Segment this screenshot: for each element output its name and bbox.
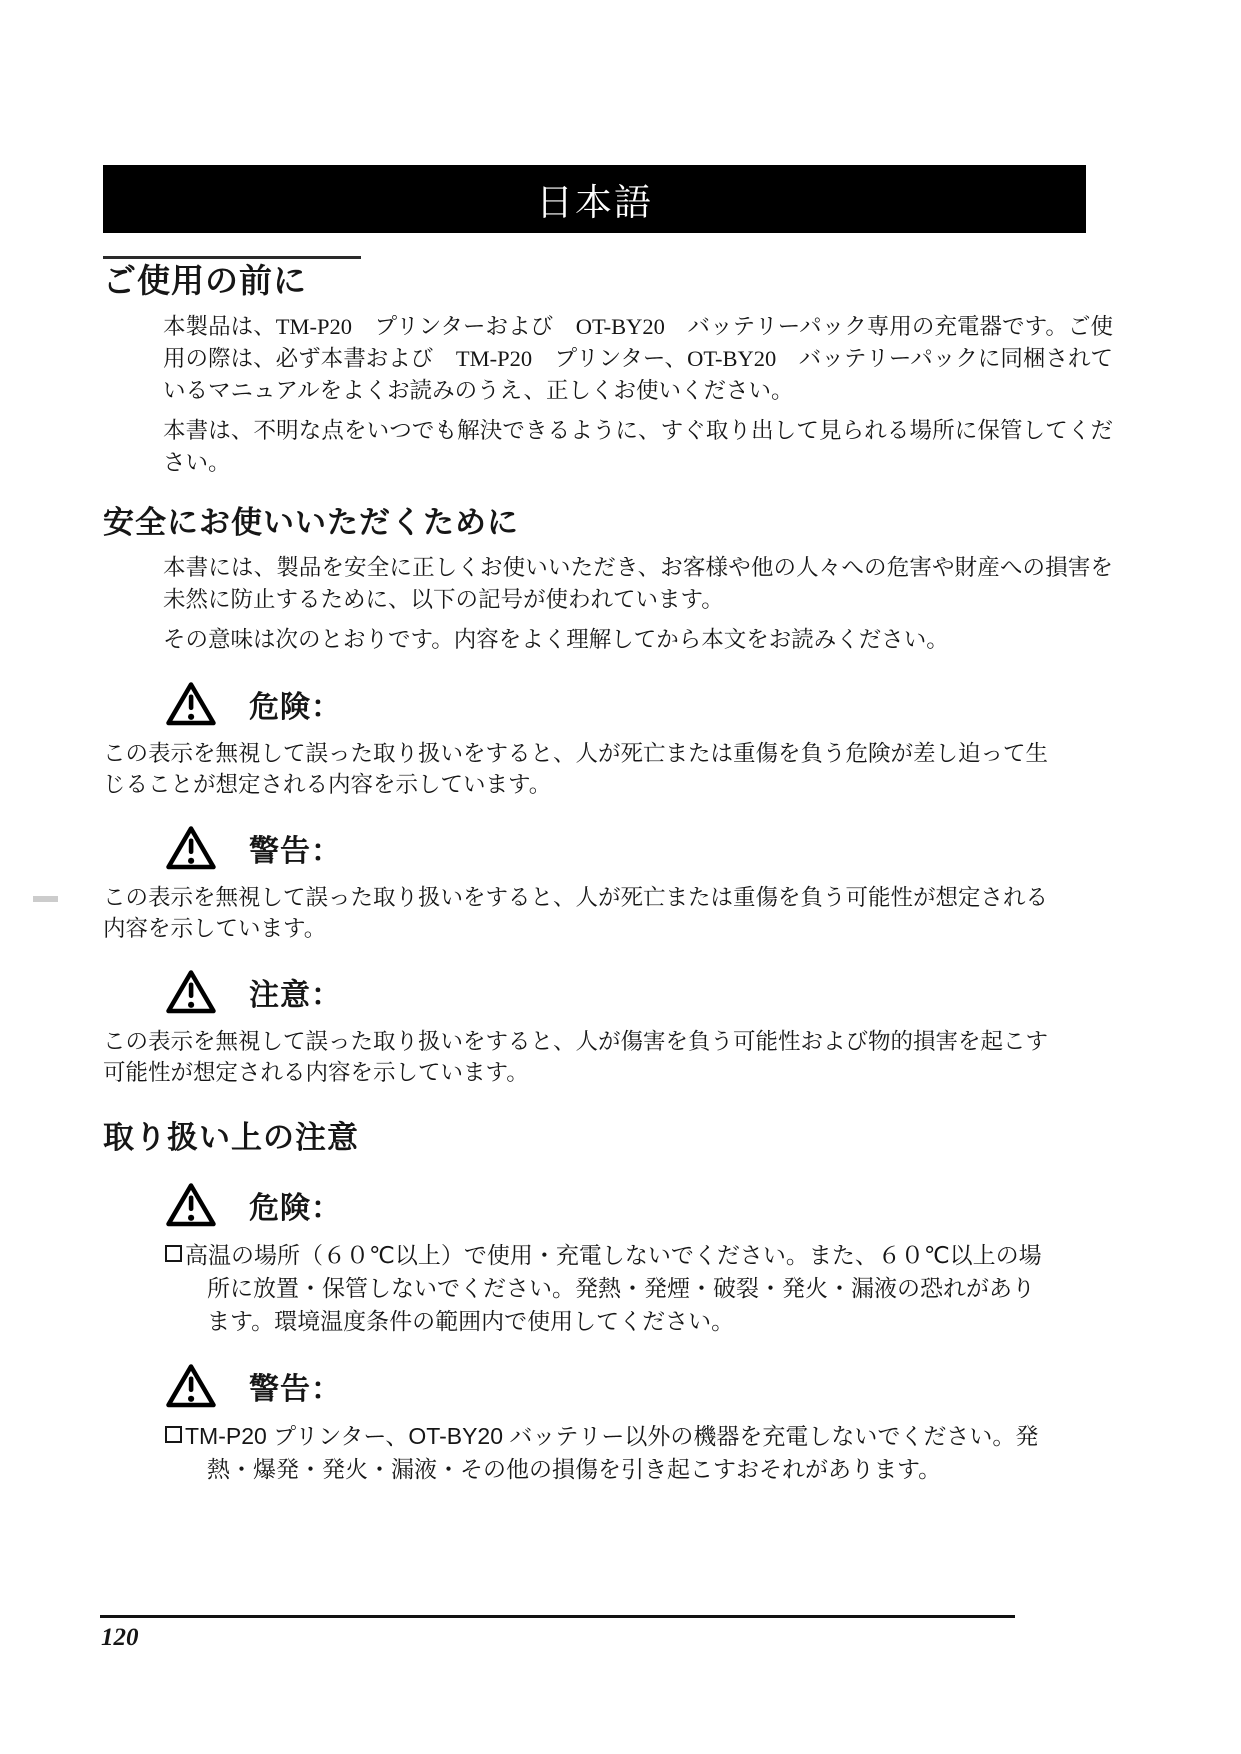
warning-triangle-icon (165, 680, 217, 728)
notice-warning-label: 警告： (249, 826, 342, 870)
warning-triangle-icon (165, 968, 217, 1016)
section-heading-handling: 取り扱い上の注意 (103, 1118, 1118, 1157)
scan-artifact-mark (33, 896, 58, 902)
warning-triangle-icon (165, 1362, 217, 1410)
heading-rule (103, 256, 361, 259)
notice-warning: 警告： (165, 824, 1118, 872)
handling-danger-item-text: 高温の場所（６０℃以上）で使用・充電しないでください。また、６０℃以上の場所に放… (185, 1242, 1042, 1334)
intro-body: 本製品は、TM-P20 プリンターおよび OT-BY20 バッテリーパック専用の… (163, 311, 1118, 479)
language-banner: 日本語 (103, 165, 1086, 233)
notice-warning-description: この表示を無視して誤った取り扱いをすると、人が死亡または重傷を負う可能性が想定さ… (103, 882, 1053, 944)
notice-caution-label: 注意： (249, 970, 342, 1014)
handling-notice-warning: 警告： (165, 1362, 1118, 1410)
square-bullet-icon (165, 1245, 182, 1262)
square-bullet-icon (165, 1426, 182, 1443)
page-number: 120 (101, 1624, 139, 1652)
section-heading-before-use: ご使用の前に (103, 261, 1118, 301)
safety-body: 本書には、製品を安全に正しくお使いいただき、お客様や他の人々への危害や財産への損… (163, 552, 1118, 656)
notice-caution: 注意： (165, 968, 1118, 1016)
notice-danger-description: この表示を無視して誤った取り扱いをすると、人が死亡または重傷を負う危険が差し迫っ… (103, 738, 1053, 800)
handling-warning-item-text: TM-P20 プリンター、OT-BY20 バッテリー以外の機器を充電しないでくだ… (185, 1423, 1038, 1482)
section-heading-safety: 安全にお使いいただくために (103, 503, 1118, 542)
handling-danger-label: 危険： (249, 1183, 342, 1227)
notice-danger: 危険： (165, 680, 1118, 728)
intro-paragraph: 本書は、不明な点をいつでも解決できるように、すぐ取り出して見られる場所に保管して… (163, 415, 1113, 479)
warning-triangle-icon (165, 824, 217, 872)
warning-triangle-icon (165, 1181, 217, 1229)
intro-paragraph: 本製品は、TM-P20 プリンターおよび OT-BY20 バッテリーパック専用の… (163, 311, 1113, 407)
handling-warning-item: TM-P20 プリンター、OT-BY20 バッテリー以外の機器を充電しないでくだ… (165, 1420, 1055, 1486)
footer-rule (100, 1615, 1015, 1618)
language-banner-title: 日本語 (536, 172, 653, 226)
handling-danger-item: 高温の場所（６０℃以上）で使用・充電しないでください。また、６０℃以上の場所に放… (165, 1239, 1055, 1338)
handling-notice-danger: 危険： (165, 1181, 1118, 1229)
notice-danger-label: 危険： (249, 682, 342, 726)
handling-warning-label: 警告： (249, 1364, 342, 1408)
safety-paragraph: その意味は次のとおりです。内容をよく理解してから本文をお読みください。 (163, 624, 1113, 656)
safety-paragraph: 本書には、製品を安全に正しくお使いいただき、お客様や他の人々への危害や財産への損… (163, 552, 1113, 616)
page-content: ご使用の前に 本製品は、TM-P20 プリンターおよび OT-BY20 バッテリ… (103, 233, 1118, 1496)
notice-caution-description: この表示を無視して誤った取り扱いをすると、人が傷害を負う可能性および物的損害を起… (103, 1026, 1053, 1088)
